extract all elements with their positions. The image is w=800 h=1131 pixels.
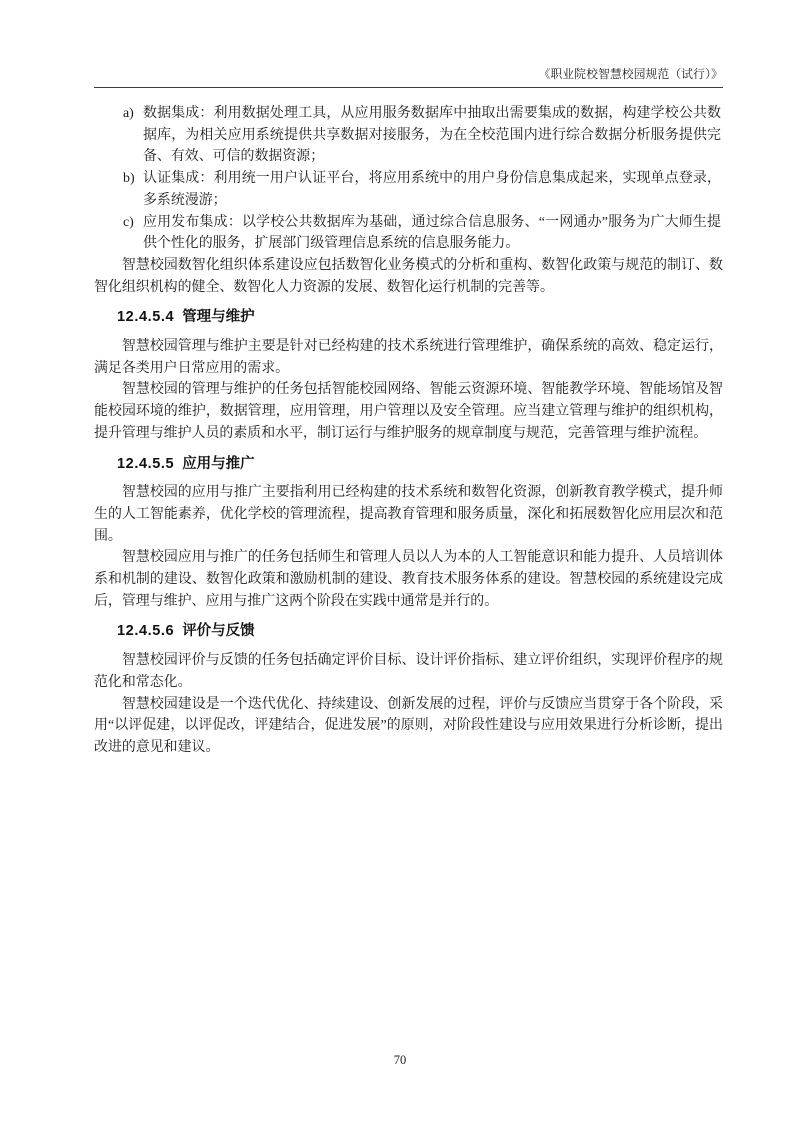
running-header-title: 《职业院校智慧校园规范（试行）》 [539, 66, 723, 82]
section-title: 管理与维护 [182, 309, 255, 325]
list-item-text: 认证集成：利用统一用户认证平台，将应用系统中的用户身份信息集成起来，实现单点登录… [143, 171, 721, 208]
list-item-text: 数据集成：利用数据处理工具，从应用服务数据库中抽取出需要集成的数据，构建学校公共… [143, 106, 721, 164]
list-item-marker: b) [123, 168, 135, 190]
body-paragraph: 智慧校园的管理与维护的任务包括智能校园网络、智能云资源环境、智能教学环境、智能场… [94, 379, 723, 444]
list-item-text: 应用发布集成：以学校公共数据库为基础，通过综合信息服务、“一网通办”服务为广大师… [143, 215, 721, 252]
list-item: c)应用发布集成：以学校公共数据库为基础，通过综合信息服务、“一网通办”服务为广… [94, 212, 723, 255]
list-item-marker: a) [123, 103, 134, 125]
body-paragraph: 智慧校园数智化组织体系建设应包括数智化业务模式的分析和重构、数智化政策与规范的制… [94, 255, 723, 298]
page-footer: 70 [0, 1051, 800, 1069]
section-heading: 12.4.5.4管理与维护 [117, 307, 723, 329]
body-paragraph: 智慧校园应用与推广的任务包括师生和管理人员以人为本的人工智能意识和能力提升、人员… [94, 547, 723, 612]
list-item-marker: c) [123, 212, 134, 234]
section-heading: 12.4.5.6评价与反馈 [117, 621, 723, 643]
list-item: a)数据集成：利用数据处理工具，从应用服务数据库中抽取出需要集成的数据，构建学校… [94, 103, 723, 168]
body-paragraph: 智慧校园建设是一个迭代优化、持续建设、创新发展的过程，评价与反馈应当贯穿于各个阶… [94, 694, 723, 759]
section-heading: 12.4.5.5应用与推广 [117, 454, 723, 476]
body-paragraph: 智慧校园管理与维护主要是针对已经构建的技术系统进行管理维护，确保系统的高效、稳定… [94, 336, 723, 379]
body-paragraph: 智慧校园的应用与推广主要指利用已经构建的技术系统和数智化资源，创新教育教学模式，… [94, 482, 723, 547]
section-title: 评价与反馈 [182, 623, 255, 639]
list-item: b)认证集成：利用统一用户认证平台，将应用系统中的用户身份信息集成起来，实现单点… [94, 168, 723, 211]
page-header: 《职业院校智慧校园规范（试行）》 [94, 0, 723, 88]
document-page: 《职业院校智慧校园规范（试行）》 a)数据集成：利用数据处理工具，从应用服务数据… [0, 0, 800, 1131]
document-body: a)数据集成：利用数据处理工具，从应用服务数据库中抽取出需要集成的数据，构建学校… [94, 88, 723, 759]
section-number: 12.4.5.6 [117, 623, 174, 639]
page-number: 70 [394, 1053, 407, 1067]
section-number: 12.4.5.4 [117, 309, 174, 325]
section-number: 12.4.5.5 [117, 456, 174, 472]
body-paragraph: 智慧校园评价与反馈的任务包括确定评价目标、设计评价指标、建立评价组织，实现评价程… [94, 650, 723, 693]
section-title: 应用与推广 [182, 456, 255, 472]
